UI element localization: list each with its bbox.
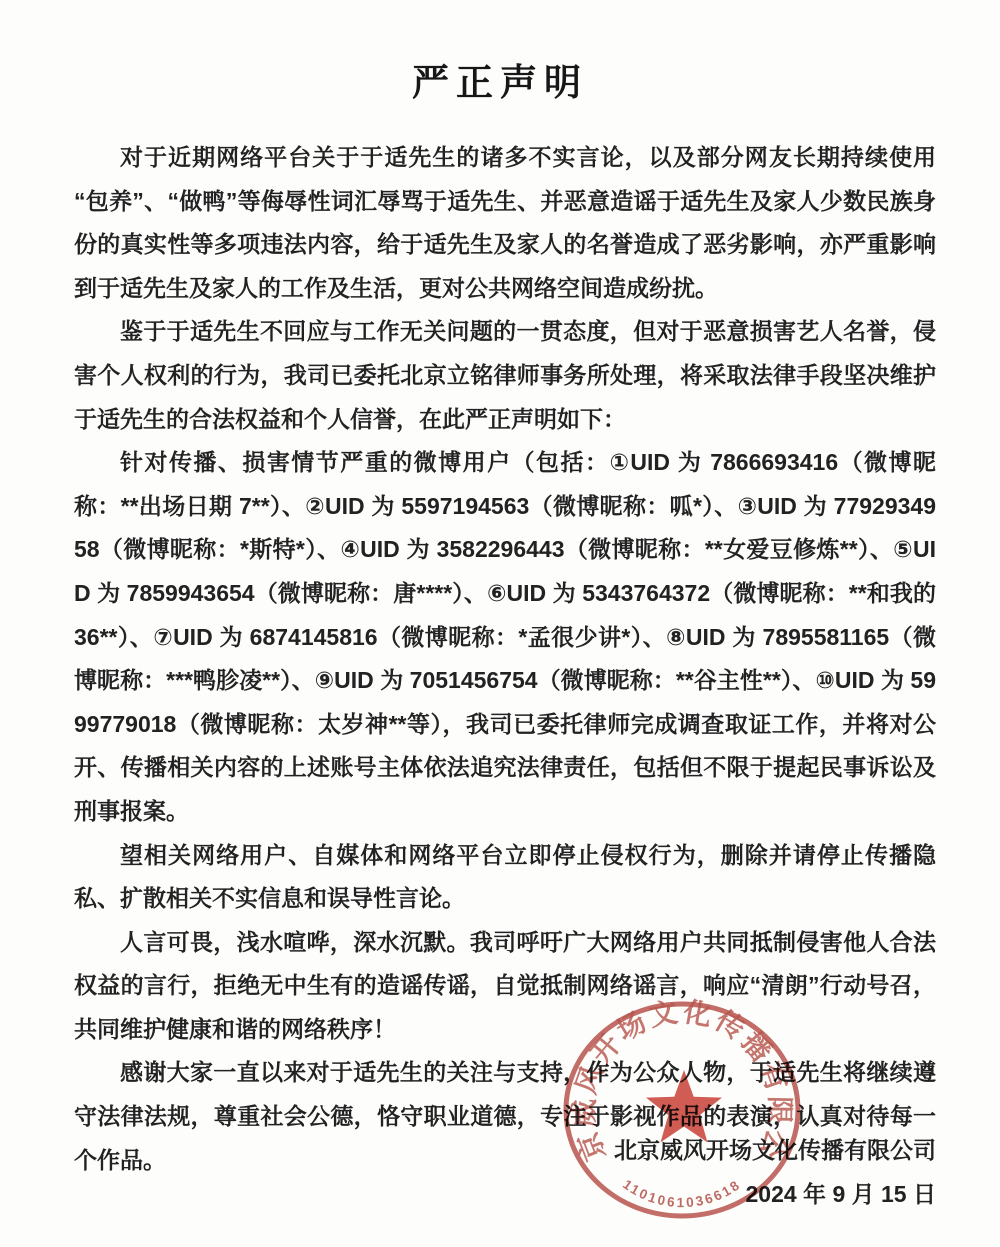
statement-paragraph-5: 人言可畏，浅水喧哗，深水沉默。我司呼吁广大网络用户共同抵制侵害他人合法权益的言行…	[74, 921, 936, 1052]
document-title: 严正声明	[0, 0, 1000, 106]
statement-paragraph-1: 对于近期网络平台关于于适先生的诸多不实言论，以及部分网友长期持续使用“包养”、“…	[74, 136, 936, 310]
statement-paragraph-2: 鉴于于适先生不回应与工作无关问题的一贯态度，但对于恶意损害艺人名誉，侵害个人权利…	[74, 310, 936, 441]
signature-date: 2024 年 9 月 15 日	[614, 1172, 936, 1216]
signature-block: 北京威风开场文化传播有限公司 2024 年 9 月 15 日	[614, 1128, 936, 1216]
statement-paragraph-4: 望相关网络用户、自媒体和网络平台立即停止侵权行为，删除并请停止传播隐私、扩散相关…	[74, 834, 936, 921]
statement-document-page: 严正声明 对于近期网络平台关于于适先生的诸多不实言论，以及部分网友长期持续使用“…	[0, 0, 1000, 1247]
statement-paragraph-3: 针对传播、损害情节严重的微博用户（包括：①UID 为 7866693416（微博…	[74, 441, 936, 833]
statement-body: 对于近期网络平台关于于适先生的诸多不实言论，以及部分网友长期持续使用“包养”、“…	[74, 136, 936, 1182]
signature-company: 北京威风开场文化传播有限公司	[614, 1128, 936, 1172]
